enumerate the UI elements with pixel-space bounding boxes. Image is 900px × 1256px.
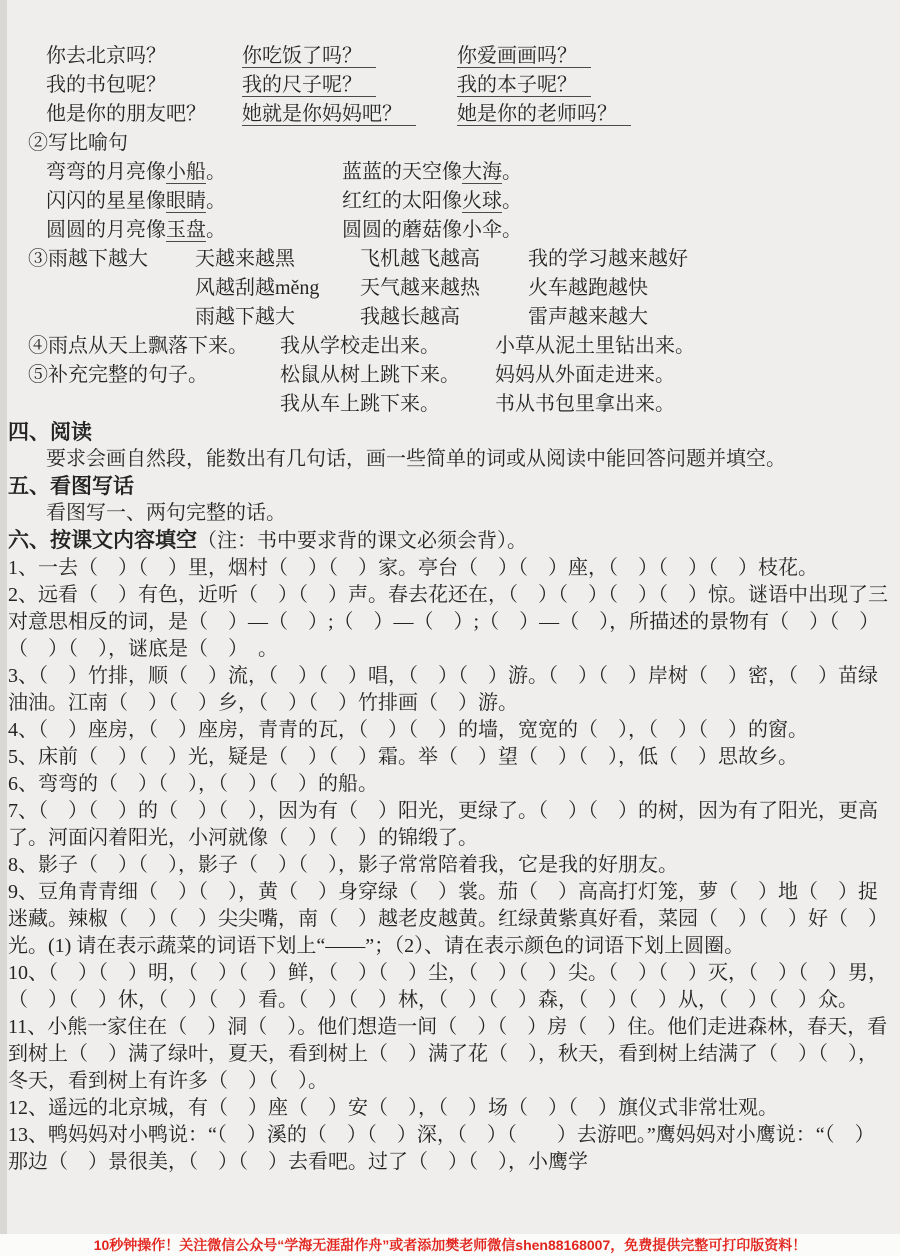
metaphor-sentence: 闪闪的星星像眼睛。 xyxy=(46,187,342,216)
fill-in-heading-text: 六、按课文内容填空 xyxy=(8,528,197,552)
sentence: 小草从泥土里钻出来。 xyxy=(495,332,695,361)
more-row: 风越刮越měng 天气越来越热 火车越跑越快 xyxy=(28,274,900,303)
metaphor-section-heading: ②写比喻句 xyxy=(28,129,900,158)
fill-item-12: 12、遥远的北京城，有（ ）座（ ）安（ ），（ ）场（ ）（ ）旗仪式非常壮观… xyxy=(8,1095,892,1122)
question-cell: 他是你的朋友吧？ xyxy=(46,100,242,129)
phrase: 我的学习越来越好 xyxy=(528,245,688,274)
section-heading-fill-in: 六、按课文内容填空（注：书中要求背的课文必须会背）。 xyxy=(8,527,900,555)
question-pair-row: 你去北京吗？ 你吃饭了吗？ 你爱画画吗？ xyxy=(46,42,900,71)
metaphor-row: 圆圆的月亮像玉盘。 圆圆的蘑菇像小伞。 xyxy=(46,216,900,245)
question-text-underlined: 我的尺子呢？ xyxy=(242,74,376,97)
question-text-underlined: 她就是你妈妈吧？ xyxy=(242,103,416,126)
underlined-word: 眼睛 xyxy=(166,190,206,213)
sentence xyxy=(28,390,280,419)
phrase: 飞机越飞越高 xyxy=(360,245,528,274)
fill-item-2: 2、远看（ ）有色，近听（ ）（ ）声。春去花还在，（ ）（ ）（ ）（ ）惊。… xyxy=(8,582,892,663)
from-row: ④雨点从天上飘落下来。 我从学校走出来。 小草从泥土里钻出来。 xyxy=(28,332,900,361)
question-text-underlined: 她是你的老师吗？ xyxy=(457,103,631,126)
from-row: 我从车上跳下来。 书从书包里拿出来。 xyxy=(28,390,900,419)
question-cell: 你爱画画吗？ xyxy=(457,42,591,71)
question-cell: 她是你的老师吗？ xyxy=(457,100,631,129)
fill-item-4: 4、（ ）座房，（ ）座房，青青的瓦，（ ）（ ）的墙，宽宽的（ ），（ ）（ … xyxy=(8,717,892,744)
metaphor-sentence: 圆圆的蘑菇像小伞。 xyxy=(342,216,522,245)
worksheet-page: 你去北京吗？ 你吃饭了吗？ 你爱画画吗？ 我的书包呢？ 我的尺子呢？ 我的本子呢… xyxy=(0,0,900,1256)
underlined-word: 大海 xyxy=(462,161,502,184)
promo-footer-text: 10秒钟操作！关注微信公众号“学海无涯甜作舟”或者添加樊老师微信shen8816… xyxy=(94,1235,807,1255)
fill-item-13: 13、鸭妈妈对小鸭说：“（ ）溪的（ ）（ ）深，（ ）（ ）去游吧。”鹰妈妈对… xyxy=(8,1122,892,1176)
fill-in-list: 1、一去（ ）（ ）里，烟村（ ）（ ）家。亭台（ ）（ ）座，（ ）（ ）（ … xyxy=(8,555,892,1176)
fill-item-3: 3、（ ）竹排，顺（ ）流，（ ）（ ）唱，（ ）（ ）游。（ ）（ ）岸树（ … xyxy=(8,663,892,717)
metaphor-sentence: 圆圆的月亮像玉盘。 xyxy=(46,216,342,245)
sentence: 书从书包里拿出来。 xyxy=(495,390,675,419)
metaphor-sentence: 红红的太阳像火球。 xyxy=(342,187,522,216)
fill-item-6: 6、弯弯的（ ）（ ），（ ）（ ）的船。 xyxy=(8,771,892,798)
sentence: 松鼠从树上跳下来。 xyxy=(280,361,495,390)
metaphor-row: 弯弯的月亮像小船。 蓝蓝的天空像大海。 xyxy=(46,158,900,187)
question-text: 我的书包呢？ xyxy=(46,74,166,96)
question-cell: 我的本子呢？ xyxy=(457,71,591,100)
question-cell: 你去北京吗？ xyxy=(46,42,242,71)
phrase: 火车越跑越快 xyxy=(528,274,648,303)
fill-item-5: 5、床前（ ）（ ）光，疑是（ ）（ ）霜。举（ ）望（ ）（ ），低（ ）思故… xyxy=(8,744,892,771)
fill-in-heading-note: （注：书中要求背的课文必须会背）。 xyxy=(197,530,527,552)
question-text-underlined: 我的本子呢？ xyxy=(457,74,591,97)
phrase: 天越来越黑 xyxy=(195,245,360,274)
phrase: 我越长越高 xyxy=(360,303,528,332)
more-row: 雨越下越大 我越长越高 雷声越来越大 xyxy=(28,303,900,332)
from-row: ⑤补充完整的句子。 松鼠从树上跳下来。 妈妈从外面走进来。 xyxy=(28,361,900,390)
sentence: 妈妈从外面走进来。 xyxy=(495,361,675,390)
phrase: 风越刮越měng xyxy=(195,274,360,303)
question-pairs-section: 你去北京吗？ 你吃饭了吗？ 你爱画画吗？ 我的书包呢？ 我的尺子呢？ 我的本子呢… xyxy=(46,42,900,129)
more-row: ③雨越下越大 天越来越黑 飞机越飞越高 我的学习越来越好 xyxy=(28,245,900,274)
from-sentences-section: ④雨点从天上飘落下来。 我从学校走出来。 小草从泥土里钻出来。 ⑤补充完整的句子… xyxy=(28,332,900,419)
promo-footer: 10秒钟操作！关注微信公众号“学海无涯甜作舟”或者添加樊老师微信shen8816… xyxy=(0,1234,900,1256)
picture-writing-description: 看图写一、两句完整的话。 xyxy=(46,500,890,527)
question-cell: 我的书包呢？ xyxy=(46,71,242,100)
question-pair-row: 他是你的朋友吧？ 她就是你妈妈吧？ 她是你的老师吗？ xyxy=(46,100,900,129)
fill-item-11: 11、小熊一家住在（ ）洞（ ）。他们想造一间（ ）（ ）房（ ）住。他们走进森… xyxy=(8,1014,892,1095)
phrase xyxy=(28,274,195,303)
more-and-more-section: ③雨越下越大 天越来越黑 飞机越飞越高 我的学习越来越好 风越刮越měng 天气… xyxy=(28,245,900,332)
question-text: 他是你的朋友吧？ xyxy=(46,103,206,125)
question-cell: 我的尺子呢？ xyxy=(242,71,457,100)
fill-item-7: 7、（ ）（ ）的（ ）（ ），因为有（ ）阳光，更绿了。（ ）（ ）的树，因为… xyxy=(8,798,892,852)
question-pair-row: 我的书包呢？ 我的尺子呢？ 我的本子呢？ xyxy=(46,71,900,100)
metaphor-section: 弯弯的月亮像小船。 蓝蓝的天空像大海。 闪闪的星星像眼睛。 红红的太阳像火球。 … xyxy=(46,158,900,245)
metaphor-sentence: 弯弯的月亮像小船。 xyxy=(46,158,342,187)
underlined-word: 玉盘 xyxy=(166,219,206,242)
sentence: 我从车上跳下来。 xyxy=(280,390,495,419)
sentence: 我从学校走出来。 xyxy=(280,332,495,361)
question-cell: 你吃饭了吗？ xyxy=(242,42,457,71)
section-heading-picture-writing: 五、看图写话 xyxy=(8,473,900,500)
phrase xyxy=(28,303,195,332)
phrase: ③雨越下越大 xyxy=(28,245,195,274)
metaphor-sentence: 蓝蓝的天空像大海。 xyxy=(342,158,522,187)
question-text: 你去北京吗？ xyxy=(46,45,166,67)
underlined-word: 小船 xyxy=(166,161,206,184)
fill-item-9: 9、豆角青青细（ ）（ ），黄（ ）身穿绿（ ）裳。茄（ ）高高打灯笼，萝（ ）… xyxy=(8,879,892,960)
phrase: 雷声越来越大 xyxy=(528,303,648,332)
fill-item-10: 10、（ ）（ ）明，（ ）（ ）鲜，（ ）（ ）尘，（ ）（ ）尖。（ ）（ … xyxy=(8,960,892,1014)
metaphor-row: 闪闪的星星像眼睛。 红红的太阳像火球。 xyxy=(46,187,900,216)
question-cell: 她就是你妈妈吧？ xyxy=(242,100,457,129)
phrase: 天气越来越热 xyxy=(360,274,528,303)
fill-item-8: 8、影子（ ）（ ），影子（ ）（ ），影子常常陪着我，它是我的好朋友。 xyxy=(8,852,892,879)
fill-item-1: 1、一去（ ）（ ）里，烟村（ ）（ ）家。亭台（ ）（ ）座，（ ）（ ）（ … xyxy=(8,555,892,582)
question-text-underlined: 你吃饭了吗？ xyxy=(242,45,376,68)
underlined-word: 火球 xyxy=(462,190,502,213)
sentence: ④雨点从天上飘落下来。 xyxy=(28,332,280,361)
sentence: ⑤补充完整的句子。 xyxy=(28,361,280,390)
phrase: 雨越下越大 xyxy=(195,303,360,332)
reading-description: 要求会画自然段，能数出有几句话，画一些简单的词或从阅读中能回答问题并填空。 xyxy=(46,446,890,473)
section-heading-reading: 四、阅读 xyxy=(8,419,900,446)
question-text-underlined: 你爱画画吗？ xyxy=(457,45,591,68)
